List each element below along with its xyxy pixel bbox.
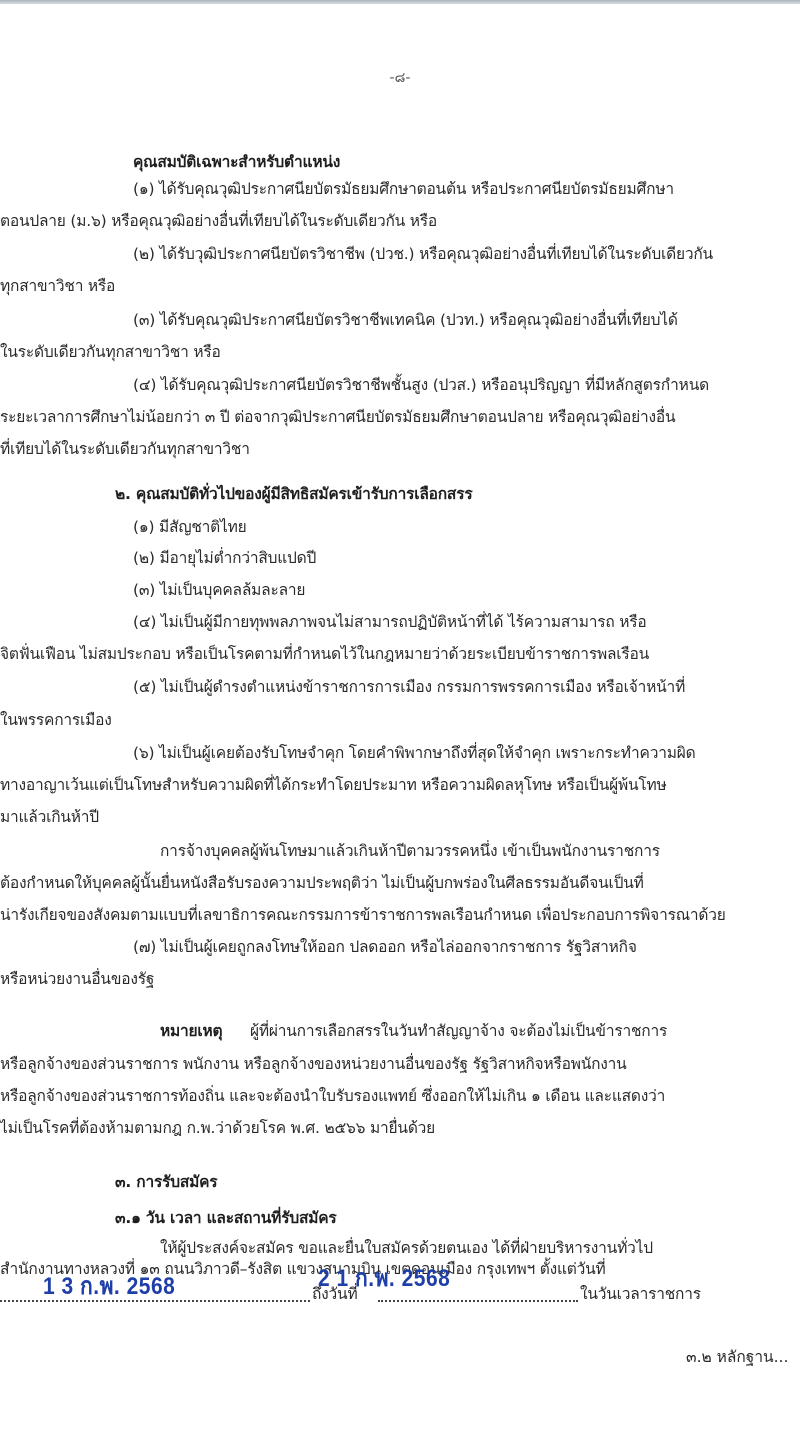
section-3-1-heading: ๓.๑ วัน เวลา และสถานที่รับสมัคร bbox=[115, 1207, 337, 1229]
scan-edge bbox=[0, 0, 800, 4]
page-number: -๘- bbox=[0, 67, 800, 89]
general-item-5-line1: (๕) ไม่เป็นผู้ดำรงตำแหน่งข้าราชการการเมื… bbox=[133, 676, 685, 698]
note-line2: หรือลูกจ้างของส่วนราชการ พนักงาน หรือลูก… bbox=[0, 1053, 627, 1075]
specific-item-2-line1: (๒) ได้รับวุฒิประกาศนียบัตรวิชาชีพ (ปวช.… bbox=[133, 243, 713, 265]
section-specific-heading: คุณสมบัติเฉพาะสำหรับตำแหน่ง bbox=[133, 151, 340, 173]
specific-item-3-line2: ในระดับเดียวกันทุกสาขาวิชา หรือ bbox=[0, 341, 221, 363]
continuation-marker: ๓.๒ หลักฐาน... bbox=[686, 1344, 788, 1369]
general-item-1: (๑) มีสัญชาติไทย bbox=[133, 516, 247, 538]
general-item-3: (๓) ไม่เป็นบุคคลล้มละลาย bbox=[133, 579, 305, 601]
specific-item-4-line3: ที่เทียบได้ในระดับเดียวกันทุกสาขาวิชา bbox=[0, 438, 250, 460]
general-item-5-line2: ในพรรคการเมือง bbox=[0, 709, 112, 731]
paragraph-line3: น่ารังเกียจของสังคมตามแบบที่เลขาธิการคณะ… bbox=[0, 904, 726, 926]
note-line1: ผู้ที่ผ่านการเลือกสรรในวันทำสัญญาจ้าง จะ… bbox=[250, 1020, 667, 1042]
paragraph-line1: การจ้างบุคคลผู้พ้นโทษมาแล้วเกินห้าปีตามว… bbox=[160, 840, 660, 862]
paragraph-line2: ต้องกำหนดให้บุคคลผู้นั้นยื่นหนังสือรับรอ… bbox=[0, 872, 644, 894]
note-line4: ไม่เป็นโรคที่ต้องห้ามตามกฎ ก.พ.ว่าด้วยโร… bbox=[0, 1117, 435, 1139]
end-date-stamp: 2 1 ก.พ. 2568 bbox=[318, 1260, 450, 1298]
general-item-4-line1: (๔) ไม่เป็นผู้มีกายทุพพลภาพจนไม่สามารถปฏ… bbox=[133, 611, 647, 633]
start-date-stamp: 1 3 ก.พ. 2568 bbox=[43, 1268, 175, 1306]
specific-item-1-line2: ตอนปลาย (ม.๖) หรือคุณวุฒิอย่างอื่นที่เที… bbox=[0, 210, 437, 232]
general-item-7-line1: (๗) ไม่เป็นผู้เคยถูกลงโทษให้ออก ปลดออก ห… bbox=[133, 936, 637, 958]
general-item-7-line2: หรือหน่วยงานอื่นของรัฐ bbox=[0, 968, 154, 990]
office-hours-label: ในวันเวลาราชการ bbox=[580, 1283, 701, 1305]
general-item-6-line1: (๖) ไม่เป็นผู้เคยต้องรับโทษจำคุก โดยคำพิ… bbox=[133, 742, 695, 764]
specific-item-3-line1: (๓) ได้รับคุณวุฒิประกาศนียบัตรวิชาชีพเทค… bbox=[133, 309, 678, 331]
general-item-4-line2: จิตฟั่นเฟือน ไม่สมประกอบ หรือเป็นโรคตามท… bbox=[0, 643, 649, 665]
specific-item-1-line1: (๑) ได้รับคุณวุฒิประกาศนียบัตรมัธยมศึกษา… bbox=[133, 178, 674, 200]
general-item-6-line2: ทางอาญาเว้นแต่เป็นโทษสำหรับความผิดที่ได้… bbox=[0, 774, 667, 796]
section-2-heading: ๒. คุณสมบัติทั่วไปของผู้มีสิทธิสมัครเข้า… bbox=[115, 483, 472, 505]
general-item-6-line3: มาแล้วเกินห้าปี bbox=[0, 806, 99, 828]
specific-item-2-line2: ทุกสาขาวิชา หรือ bbox=[0, 275, 115, 297]
note-line3: หรือลูกจ้างของส่วนราชการท้องถิ่น และจะต้… bbox=[0, 1085, 665, 1107]
note-label: หมายเหตุ bbox=[160, 1020, 222, 1042]
general-item-2: (๒) มีอายุไม่ต่ำกว่าสิบแปดปี bbox=[133, 547, 316, 569]
section-3-line1: ให้ผู้ประสงค์จะสมัคร ขอและยื่นใบสมัครด้ว… bbox=[160, 1237, 653, 1259]
section-3-heading: ๓. การรับสมัคร bbox=[115, 1171, 217, 1193]
end-date-blank bbox=[378, 1300, 578, 1302]
specific-item-4-line1: (๔) ได้รับคุณวุฒิประกาศนียบัตรวิชาชีพชั้… bbox=[133, 374, 709, 396]
specific-item-4-line2: ระยะเวลาการศึกษาไม่น้อยกว่า ๓ ปี ต่อจากว… bbox=[0, 406, 675, 428]
